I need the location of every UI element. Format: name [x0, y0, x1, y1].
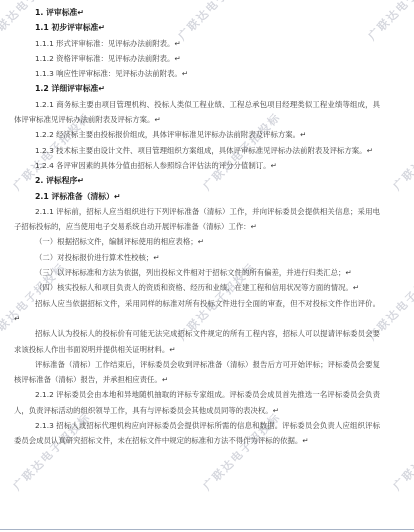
- paragraph: （四）核实投标人和项目负责人的资质和资格、经历和业绩、在建工程和信用状况等方面的…: [14, 280, 380, 295]
- paragraph: 1.2.3 技术标主要由设计文件、项目管理组织方案组成，具体评审标准见评标办法前…: [14, 143, 380, 158]
- paragraph: 2.1.2 评标委员会由本地和异地随机抽取的评标专家组成。评标委员会成员首先推选…: [14, 387, 380, 418]
- section-heading: 1.2 详细评审标准↵: [14, 81, 380, 96]
- paragraph: （三）以评标标准和方法为依据，列出投标文件相对于招标文件的所有偏差，并进行归类汇…: [14, 265, 380, 280]
- paragraph: 招标人认为投标人的投标价有可能无法完成招标文件规定的所有工程内容，招标人可以提请…: [14, 326, 380, 357]
- paragraph: 1.1.2 资格评审标准：见评标办法前附表。↵: [14, 51, 380, 66]
- document-body: 1. 评审标准↵1.1 初步评审标准↵1.1.1 形式评审标准：见评标办法前附表…: [0, 0, 414, 449]
- paragraph: 2.1.3 招标人或招标代理机构应向评标委员会提供评标所需的信息和数据。评标委员…: [14, 418, 380, 449]
- paragraph: 评标准备（清标）工作结束后，评标委员会收到评标准备（清标）报告后方可开始评标；评…: [14, 357, 380, 388]
- document-page[interactable]: 广联达电子招投标广联达电子招投标广联达电子招投标广联达电子招投标广联达电子招投标…: [0, 0, 414, 532]
- paragraph: 招标人应当依据招标文件，采用同样的标准对所有投标文件进行全面的审查，但不对投标文…: [14, 296, 380, 327]
- section-heading: 1. 评审标准↵: [14, 5, 380, 20]
- paragraph: 1.2.2 经济标主要由投标报价组成，具体评审标准见评标办法前附表及评标方案。↵: [14, 127, 380, 142]
- paragraph: 1.1.3 响应性评审标准：见评标办法前附表。↵: [14, 66, 380, 81]
- paragraph: 1.2.4 各评审因素的具体分值由招标人参照综合评估法的评分分值制订。↵: [14, 158, 380, 173]
- paragraph: 1.1.1 形式评审标准：见评标办法前附表。↵: [14, 36, 380, 51]
- paragraph: （一）根据招标文件，编制评标使用的相应表格；↵: [14, 234, 380, 249]
- paragraph: 2.1.1 评标前，招标人应当组织进行下列评标准备（清标）工作，并向评标委员会提…: [14, 204, 380, 235]
- paragraph: （二）对投标报价进行算术性校核；↵: [14, 250, 380, 265]
- window-bottom-border: [0, 529, 414, 530]
- section-heading: 2. 评标程序↵: [14, 173, 380, 188]
- section-heading: 1.1 初步评审标准↵: [14, 20, 380, 35]
- section-heading: 2.1 评标准备（清标）↵: [14, 189, 380, 204]
- paragraph: 1.2.1 商务标主要由项目管理机构、投标人类似工程业绩、工程总承包项目经理类似…: [14, 97, 380, 128]
